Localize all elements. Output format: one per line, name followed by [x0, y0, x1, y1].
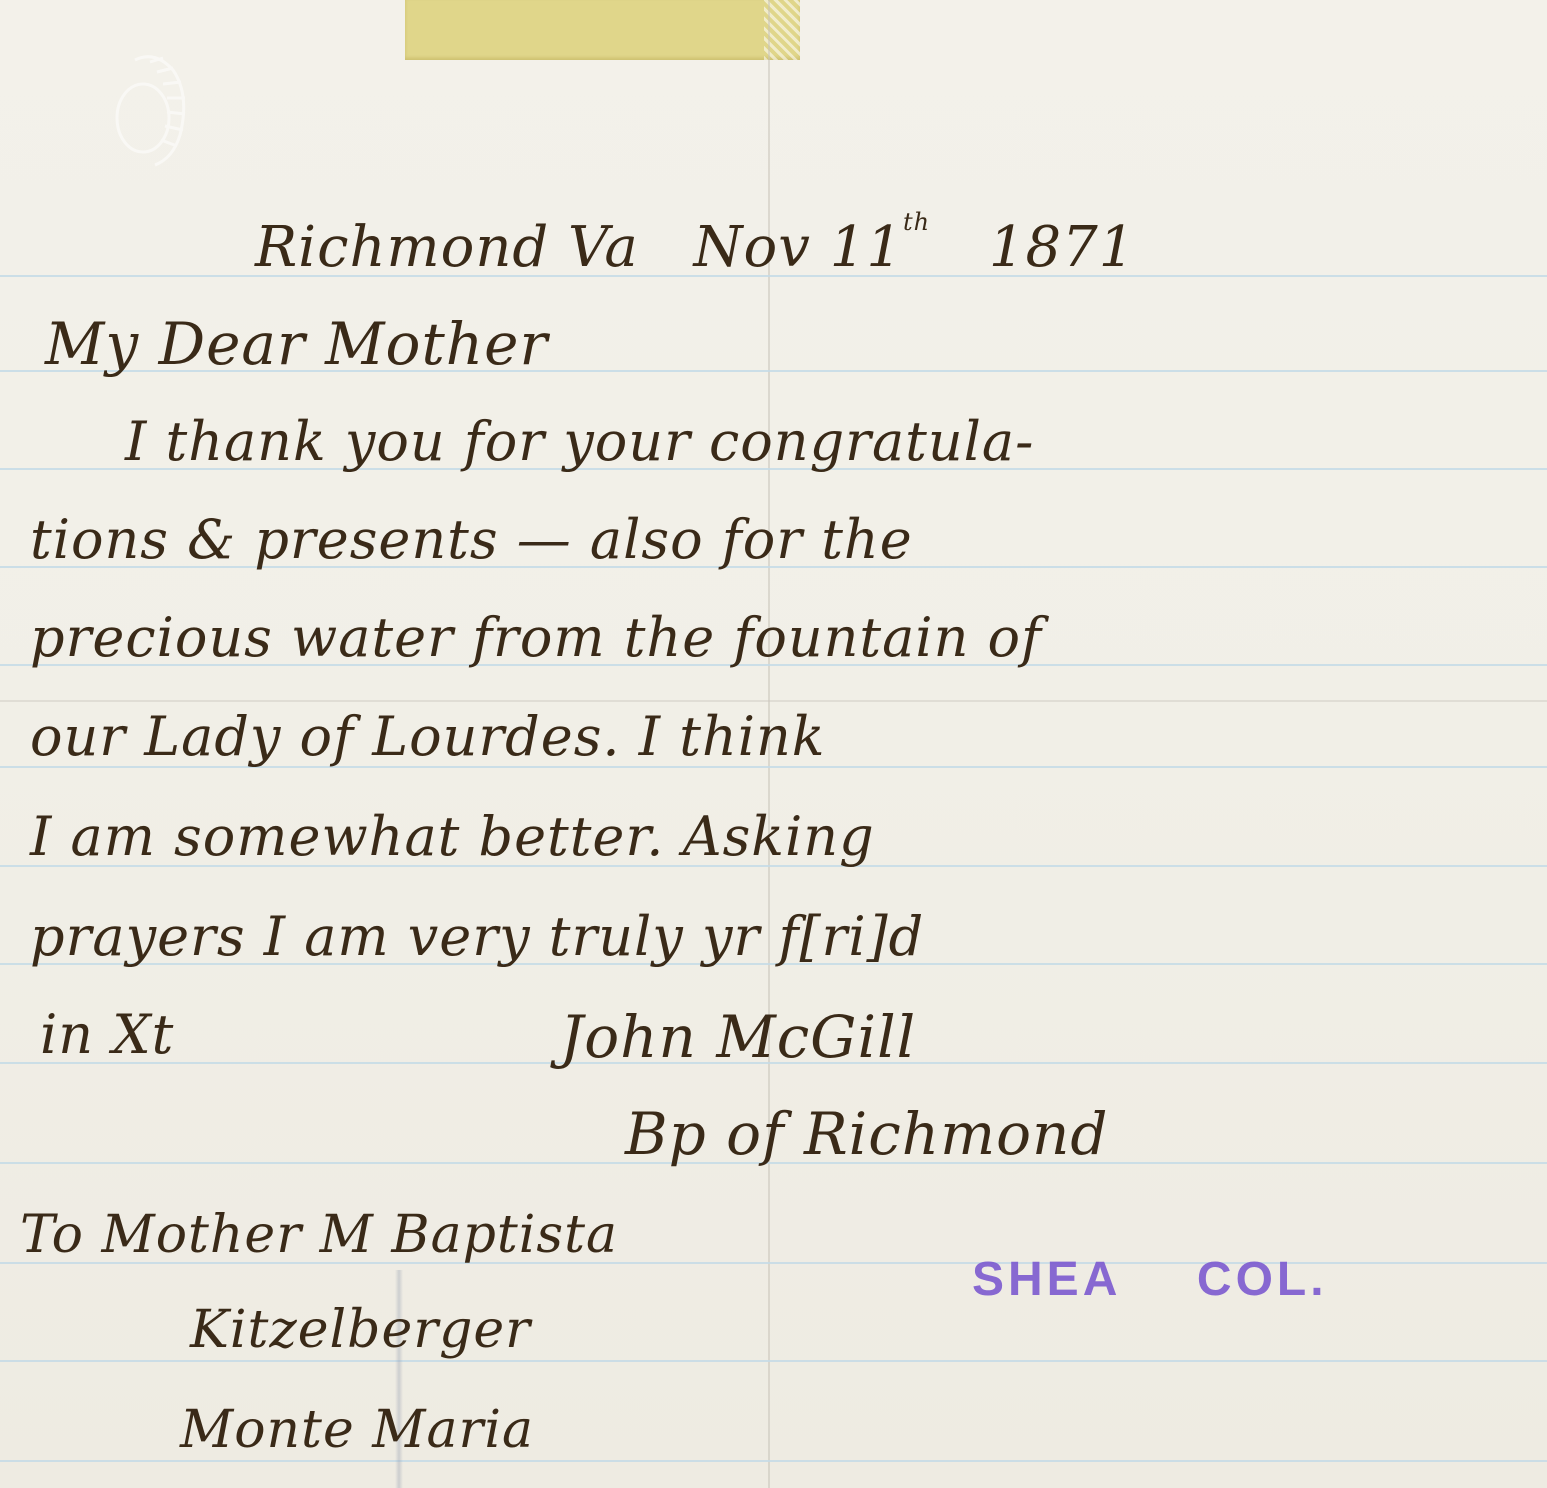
body-line: I thank you for your congratula-	[125, 410, 1034, 473]
address-line: To Mother M Baptista	[20, 1205, 618, 1265]
fold-line-horizontal	[0, 700, 1547, 702]
date: Nov 11	[694, 215, 903, 280]
signature-title: Bp of Richmond	[625, 1100, 1108, 1168]
salutation: My Dear Mother	[45, 310, 548, 378]
body-line: tions & presents — also for the	[30, 508, 913, 571]
signature-name: John McGill	[560, 1003, 916, 1071]
ruled-line	[0, 1360, 1547, 1362]
year: 1871	[989, 215, 1136, 280]
address-line: Monte Maria	[180, 1400, 534, 1460]
letter-page: Richmond Va Nov 11th 1871 My Dear Mother…	[0, 0, 1547, 1488]
address-line: Kitzelberger	[190, 1300, 531, 1360]
body-line: our Lady of Lourdes. I think	[30, 705, 826, 768]
ruled-line	[0, 1460, 1547, 1462]
body-line: I am somewhat better. Asking	[30, 805, 875, 868]
collection-stamp: SHEA COL.	[972, 1252, 1328, 1307]
place: Richmond Va	[255, 215, 639, 280]
body-line: precious water from the fountain of	[30, 606, 1042, 669]
body-line: in Xt	[40, 1003, 174, 1066]
body-line: prayers I am very truly yr f[ri]d	[30, 905, 924, 968]
indian-head-emboss-icon	[95, 40, 205, 170]
letter-dateline: Richmond Va Nov 11th 1871	[255, 215, 1135, 280]
yellow-tape	[405, 0, 800, 60]
date-suffix: th	[903, 208, 930, 236]
